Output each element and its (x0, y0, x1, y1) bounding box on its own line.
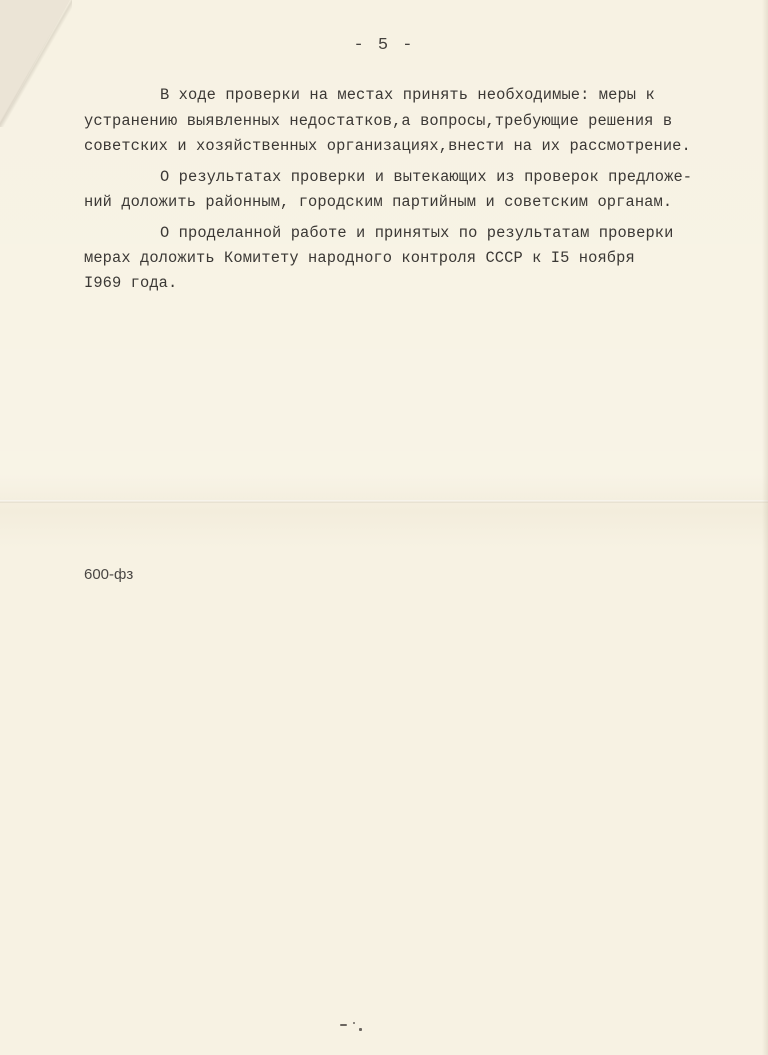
page-number: - 5 - (0, 36, 768, 55)
paragraph-1-line-3: советских и хозяйственных организациях,в… (84, 137, 691, 155)
ink-specks (340, 1022, 364, 1032)
paragraph-1-line-1: В ходе проверки на местах принять необхо… (160, 86, 655, 104)
paper-fold-crease (0, 500, 768, 503)
paragraph-3-line-2: мерах доложить Комитету народного контро… (84, 249, 635, 267)
folded-corner-crease (0, 0, 72, 127)
paragraph-3-line-1: О проделанной работе и принятых по резул… (160, 224, 673, 242)
document-page: - 5 - В ходе проверки на местах принять … (0, 0, 768, 1055)
paragraph-3-line-3: I969 года. (84, 274, 177, 292)
paper-edge (762, 0, 768, 1055)
reference-code: 600-фз (84, 566, 133, 583)
paragraph-1-line-2: устранению выявленных недостатков,а вопр… (84, 112, 672, 130)
paragraph-2-line-1: О результатах проверки и вытекающих из п… (160, 168, 692, 186)
paragraph-2-line-2: ний доложить районным, городским партийн… (84, 193, 672, 211)
